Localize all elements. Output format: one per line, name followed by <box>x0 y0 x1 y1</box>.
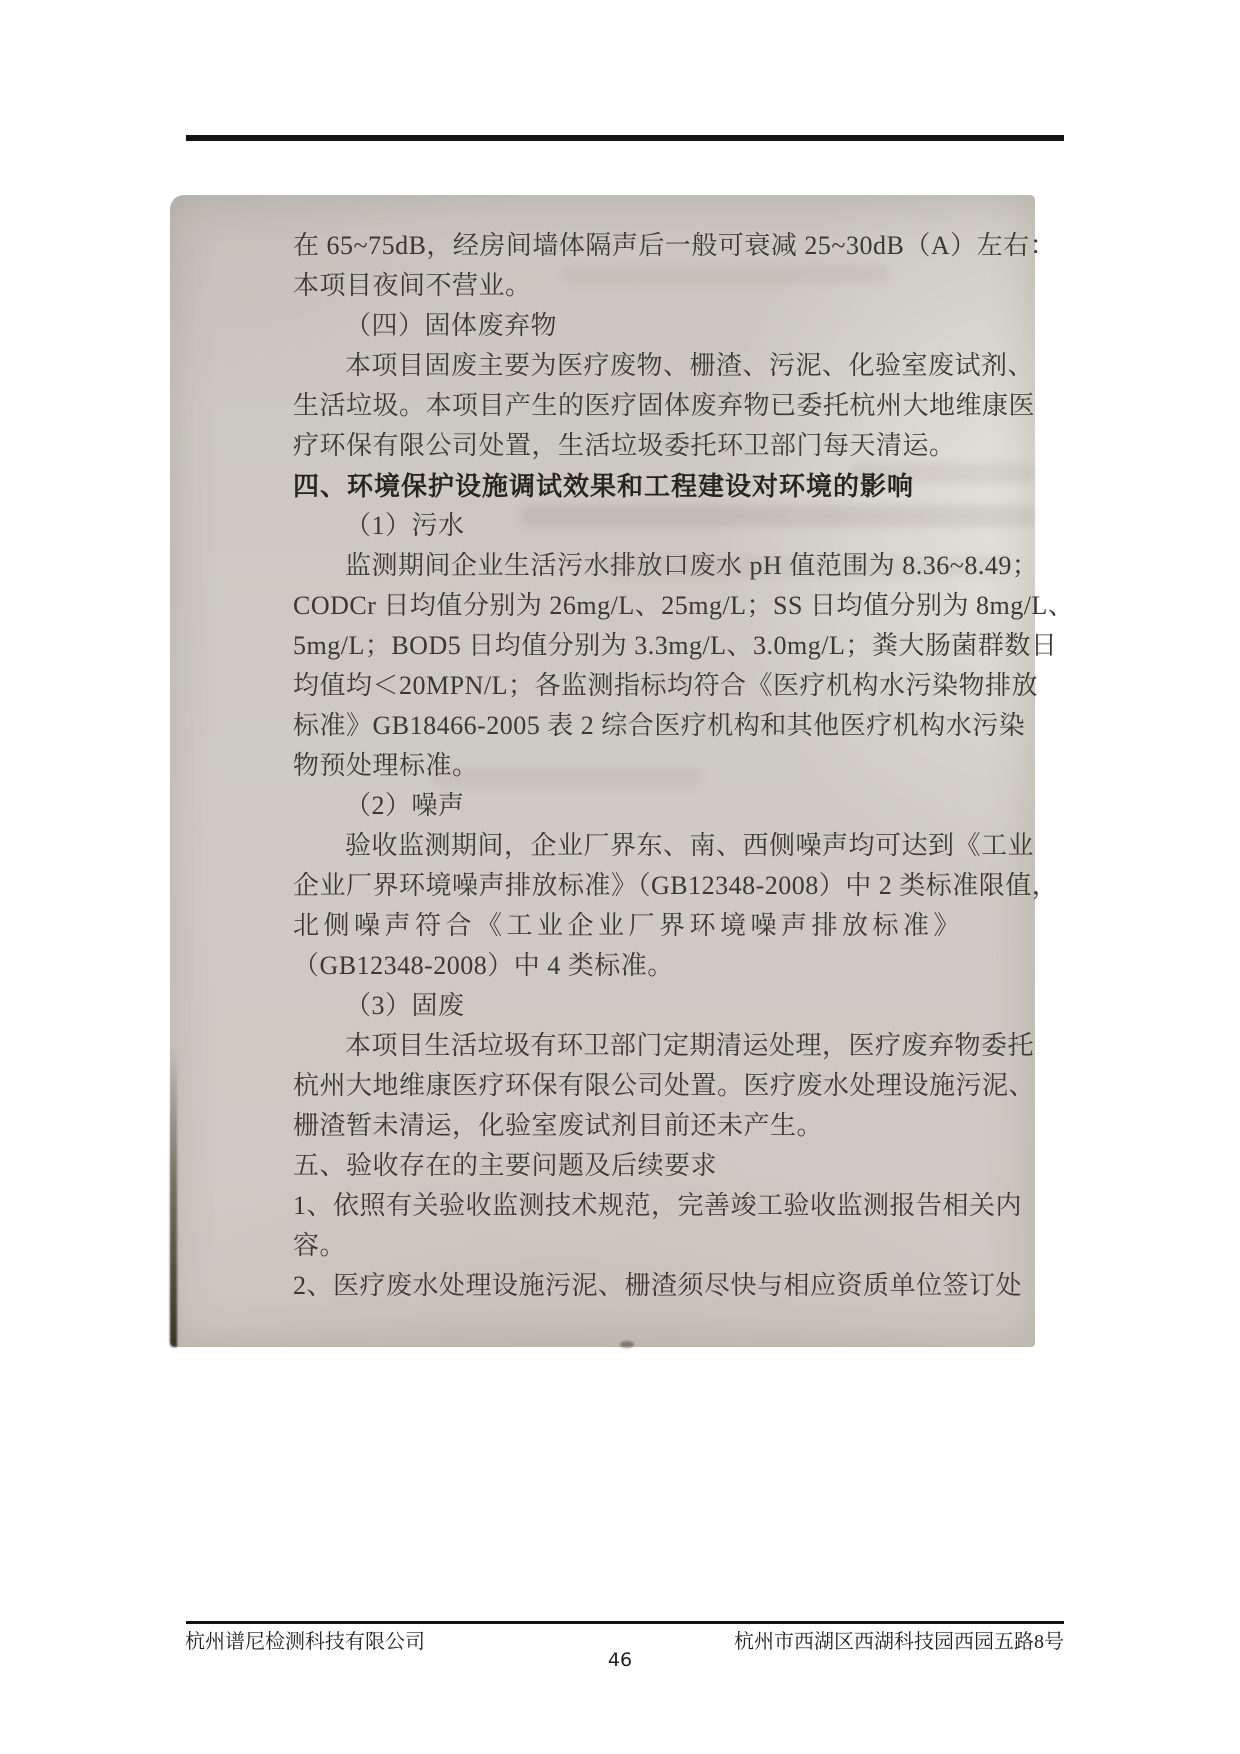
body-line: （GB12348-2008）中 4 类标准。 <box>293 946 965 986</box>
body-line: 企业厂界环境噪声排放标准》（GB12348-2008）中 2 类标准限值， <box>293 866 965 906</box>
body-line: 容。 <box>293 1226 965 1266</box>
body-line: 本项目固废主要为医疗废物、栅渣、污泥、化验室废试剂、 <box>293 346 965 386</box>
body-line: 1、依照有关验收监测技术规范，完善竣工验收监测报告相关内 <box>293 1186 965 1226</box>
section-heading-4: 四、环境保护设施调试效果和工程建设对环境的影响 <box>293 466 965 506</box>
body-line: 北侧噪声符合《工业企业厂界环境噪声排放标准》 <box>293 906 965 946</box>
body-line: 杭州大地维康医疗环保有限公司处置。医疗废水处理设施污泥、 <box>293 1066 965 1106</box>
body-line: 标准》GB18466-2005 表 2 综合医疗机构和其他医疗机构水污染 <box>293 706 965 746</box>
body-line: 生活垃圾。本项目产生的医疗固体废弃物已委托杭州大地维康医 <box>293 386 965 426</box>
body-line: 栅渣暂未清运，化验室废试剂目前还未产生。 <box>293 1106 965 1146</box>
document-text: 在 65~75dB，经房间墙体隔声后一般可衰减 25~30dB（A）左右： 本项… <box>293 226 965 1306</box>
body-line: 验收监测期间，企业厂界东、南、西侧噪声均可达到《工业 <box>293 826 965 866</box>
body-line: 在 65~75dB，经房间墙体隔声后一般可衰减 25~30dB（A）左右： <box>293 226 965 266</box>
body-line: 物预处理标准。 <box>293 746 965 786</box>
sub-heading: （四）固体废弃物 <box>293 306 965 346</box>
body-line: 疗环保有限公司处置，生活垃圾委托环卫部门每天清运。 <box>293 426 965 466</box>
body-line: 本项目生活垃圾有环卫部门定期清运处理，医疗废弃物委托 <box>293 1026 965 1066</box>
sub-heading: （3）固废 <box>293 986 965 1026</box>
sub-heading: （1）污水 <box>293 506 965 546</box>
page-number: 46 <box>0 1648 1240 1672</box>
sub-heading: （2）噪声 <box>293 786 965 826</box>
footer-rule <box>186 1621 1064 1624</box>
body-line: 本项目夜间不营业。 <box>293 266 965 306</box>
body-line: 2、医疗废水处理设施污泥、栅渣须尽快与相应资质单位签订处 <box>293 1266 965 1306</box>
header-rule <box>186 135 1064 141</box>
body-line: 5mg/L；BOD5 日均值分别为 3.3mg/L、3.0mg/L；粪大肠菌群数… <box>293 626 965 666</box>
section-heading-5: 五、验收存在的主要问题及后续要求 <box>293 1146 965 1186</box>
smudge-mark <box>620 1341 634 1348</box>
page: 在 65~75dB，经房间墙体隔声后一般可衰减 25~30dB（A）左右： 本项… <box>0 0 1240 1754</box>
scanned-document-photo: 在 65~75dB，经房间墙体隔声后一般可衰减 25~30dB（A）左右： 本项… <box>170 195 1035 1347</box>
body-line: 监测期间企业生活污水排放口废水 pH 值范围为 8.36~8.49； <box>293 546 965 586</box>
body-line: CODCr 日均值分别为 26mg/L、25mg/L；SS 日均值分别为 8mg… <box>293 586 965 626</box>
body-line: 均值均＜20MPN/L；各监测指标均符合《医疗机构水污染物排放 <box>293 666 965 706</box>
photo-left-shadow <box>170 1047 177 1347</box>
